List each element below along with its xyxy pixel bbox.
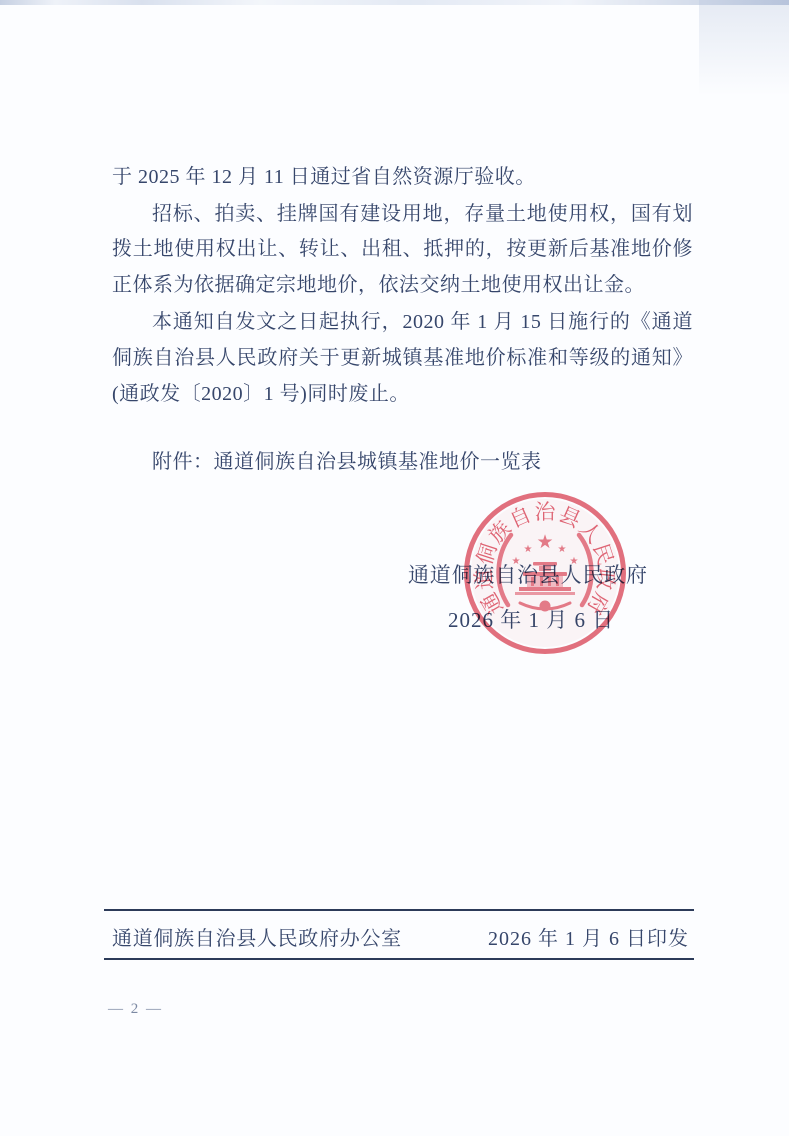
body-line-4: 正体系为依据确定宗地地价，依法交纳土地使用权出让金。	[112, 270, 693, 300]
emblem-big-star-icon: ★	[536, 532, 553, 553]
body-line-2: 招标、拍卖、挂牌国有建设用地，存量土地使用权，国有划	[112, 199, 693, 229]
emblem-small-star-icon: ★	[524, 544, 533, 555]
svg-text:治: 治	[535, 500, 557, 524]
footer-rule-top	[104, 909, 694, 911]
scanned-document-page: 于 2025 年 12 月 11 日通过省自然资源厅验收。 招标、拍卖、挂牌国有…	[0, 0, 789, 1136]
body-line-1: 于 2025 年 12 月 11 日通过省自然资源厅验收。	[112, 162, 693, 192]
body-line-5: 本通知自发文之日起执行，2020 年 1 月 15 日施行的《通道	[112, 307, 693, 337]
svg-text:道: 道	[471, 568, 497, 591]
footer-print-date: 2026 年 1 月 6 日印发	[488, 922, 689, 951]
emblem-gear-icon	[540, 601, 551, 612]
page-number: — 2 —	[108, 1001, 163, 1018]
scan-artifact-top-edge	[0, 0, 789, 5]
body-line-3: 拨土地使用权出让、转让、出租、抵押的，按更新后基准地价修	[112, 234, 693, 264]
emblem-small-star-icon: ★	[512, 556, 521, 567]
emblem-small-star-icon: ★	[558, 544, 567, 555]
body-line-7: (通政发〔2020〕1 号)同时废止。	[112, 379, 693, 409]
footer-rule-bottom	[104, 958, 694, 960]
official-seal-stamp: 通 道 侗 族 自 治 县 人 民 政 府 ★ ★ ★ ★ ★	[444, 472, 646, 674]
scan-artifact-corner	[699, 0, 789, 120]
svg-text:政: 政	[593, 568, 619, 591]
body-line-6: 侗族自治县人民政府关于更新城镇基准地价标准和等级的通知》	[112, 343, 693, 373]
footer-office: 通道侗族自治县人民政府办公室	[112, 922, 402, 951]
emblem-small-star-icon: ★	[570, 556, 579, 567]
